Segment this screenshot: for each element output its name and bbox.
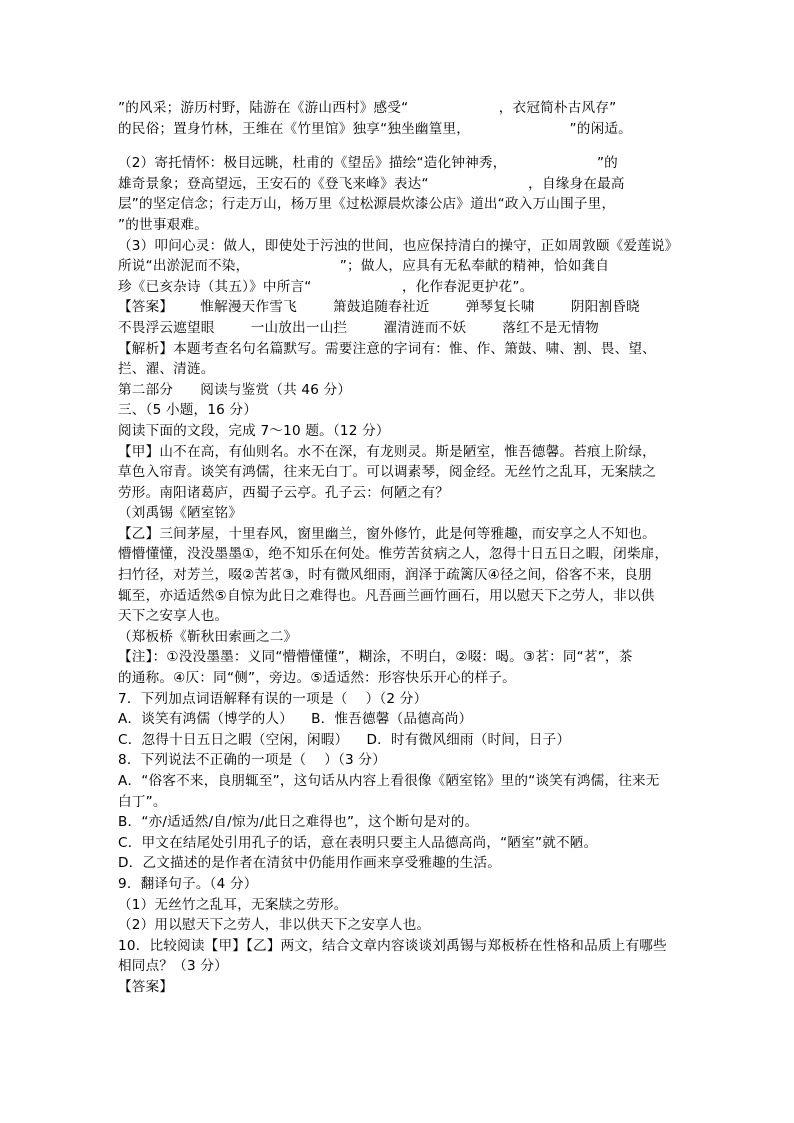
text-line: 草色入帘青。谈笑有鸿儒，往来无白丁。可以调素琴，阅金经。无丝竹之乱耳，无案牍之 — [118, 462, 678, 483]
text-line: 天下之安享人也。 — [118, 606, 678, 627]
text-line: 白丁”。 — [118, 792, 678, 813]
text-line: 【乙】三间茅屋，十里春风，窗里幽兰，窗外修竹，此是何等雅趣，而安享之人不知也。 — [118, 524, 678, 545]
text-line: （3）叩问心灵：做人，即使处于污浊的世间，也应保持清白的操守，正如周敦颐《爱莲说… — [118, 236, 678, 257]
text-line: 不畏浮云遮望眼 一山放出一山拦 濯清涟而不妖 落红不是无情物 — [118, 318, 678, 339]
text-line: 的通称。④仄：同“侧”，旁边。⑤适适然：形容快乐开心的样子。 — [118, 668, 678, 689]
text-line: D．乙文描述的是作者在清贫中仍能用作画来享受雅趣的生活。 — [118, 853, 678, 874]
text-line: 扫竹径，对芳兰，啜②苦茗③，时有微风细雨，润泽于疏篱仄④径之间，俗客不来，良朋 — [118, 565, 678, 586]
text-line: 【注】：①没没墨墨：义同“懵懵懂懂”，糊涂，不明白，②啜：喝。③茗：同“茗”，茶 — [118, 647, 678, 668]
text-line: ”的世事艰难。 — [118, 215, 678, 236]
text-line: 雄奇景象；登高望远，王安石的《登飞来峰》表达“ ，自缘身在最高 — [118, 174, 678, 195]
text-line: ”的风采；游历村野，陆游在《游山西村》感受“ ，衣冠简朴古风存” — [118, 98, 678, 119]
text-line: A．谈笑有鸿儒（博学的人） B．惟吾德馨（品德高尚） — [118, 709, 678, 730]
text-line: 劳形。南阳诸葛庐，西蜀子云亭。孔子云：何陋之有？ — [118, 483, 678, 504]
text-line: 懵懵懂懂，没没墨墨①，绝不知乐在何处。惟劳苦贫病之人，忽得十日五日之暇，闭柴扉， — [118, 544, 678, 565]
text-line: 9．翻译句子。（4 分） — [118, 874, 678, 895]
text-line: 辄至，亦适适然⑤自惊为此日之难得也。凡吾画兰画竹画石，用以慰天下之劳人，非以供 — [118, 586, 678, 607]
text-line: 所说“出淤泥而不染， ”；做人，应具有无私奉献的精神，恰如龚自 — [118, 256, 678, 277]
text-line: （1）无丝竹之乱耳，无案牍之劳形。 — [118, 895, 678, 916]
text-line: 【甲】山不在高，有仙则名。水不在深，有龙则灵。斯是陋室，惟吾德馨。苔痕上阶绿， — [118, 442, 678, 463]
text-line: C．甲文在结尾处引用孔子的话，意在表明只要主人品德高尚，“陋室”就不陋。 — [118, 833, 678, 854]
text-line: C．忽得十日五日之暇（空闲，闲暇） D．时有微风细雨（时间，日子） — [118, 730, 678, 751]
text-line: （刘禹锡《陋室铭》 — [118, 503, 678, 524]
document-page: ”的风采；游历村野，陆游在《游山西村》感受“ ，衣冠简朴古风存”的民俗；置身竹林… — [118, 98, 678, 998]
text-line: （2）用以慰天下之劳人，非以供天下之安享人也。 — [118, 915, 678, 936]
text-line: 层”的坚定信念；行走万山，杨万里《过松源晨炊漆公店》道出“政入万山围子里， — [118, 194, 678, 215]
text-line: （郑板桥《靳秋田索画之二》 — [118, 627, 678, 648]
text-line: 10．比较阅读【甲】【乙】两文，结合文章内容谈谈刘禹锡与郑板桥在性格和品质上有哪… — [118, 936, 678, 957]
text-line: （2）寄托情怀：极目远眺，杜甫的《望岳》描绘“造化钟神秀， ”的 — [118, 153, 678, 174]
text-line: 相同点？（3 分） — [118, 956, 678, 977]
paragraph-gap — [118, 139, 678, 153]
text-line: 第二部分 阅读与鉴赏（共 46 分） — [118, 380, 678, 401]
text-line: 7．下列加点词语解释有误的一项是（ ）（2 分） — [118, 689, 678, 710]
text-line: A．“俗客不来，良朋辄至”，这句话从内容上看很像《陋室铭》里的“谈笑有鸿儒，往来… — [118, 771, 678, 792]
text-line: B．“亦/适适然/自/惊为/此日之难得也”，这个断句是对的。 — [118, 812, 678, 833]
text-line: 阅读下面的文段，完成 7～10 题。（12 分） — [118, 421, 678, 442]
text-line: 【答案】 惟解漫天作雪飞 箫鼓追随春社近 弹琴复长啸 阴阳割昏晓 — [118, 297, 678, 318]
text-line: 的民俗；置身竹林，王维在《竹里馆》独享“独坐幽篁里， ”的闲适。 — [118, 119, 678, 140]
text-line: 三、（5 小题，16 分） — [118, 400, 678, 421]
text-line: 拦、濯、清涟。 — [118, 359, 678, 380]
text-line: 【解析】本题考查名句名篇默写。需要注意的字词有：惟、作、箫鼓、啸、割、畏、望、 — [118, 339, 678, 360]
text-line: 珍《已亥杂诗（其五）》中所言“ ，化作春泥更护花”。 — [118, 277, 678, 298]
text-line: 【答案】 — [118, 977, 678, 998]
text-line: 8．下列说法不正确的一项是（ ）（3 分） — [118, 750, 678, 771]
